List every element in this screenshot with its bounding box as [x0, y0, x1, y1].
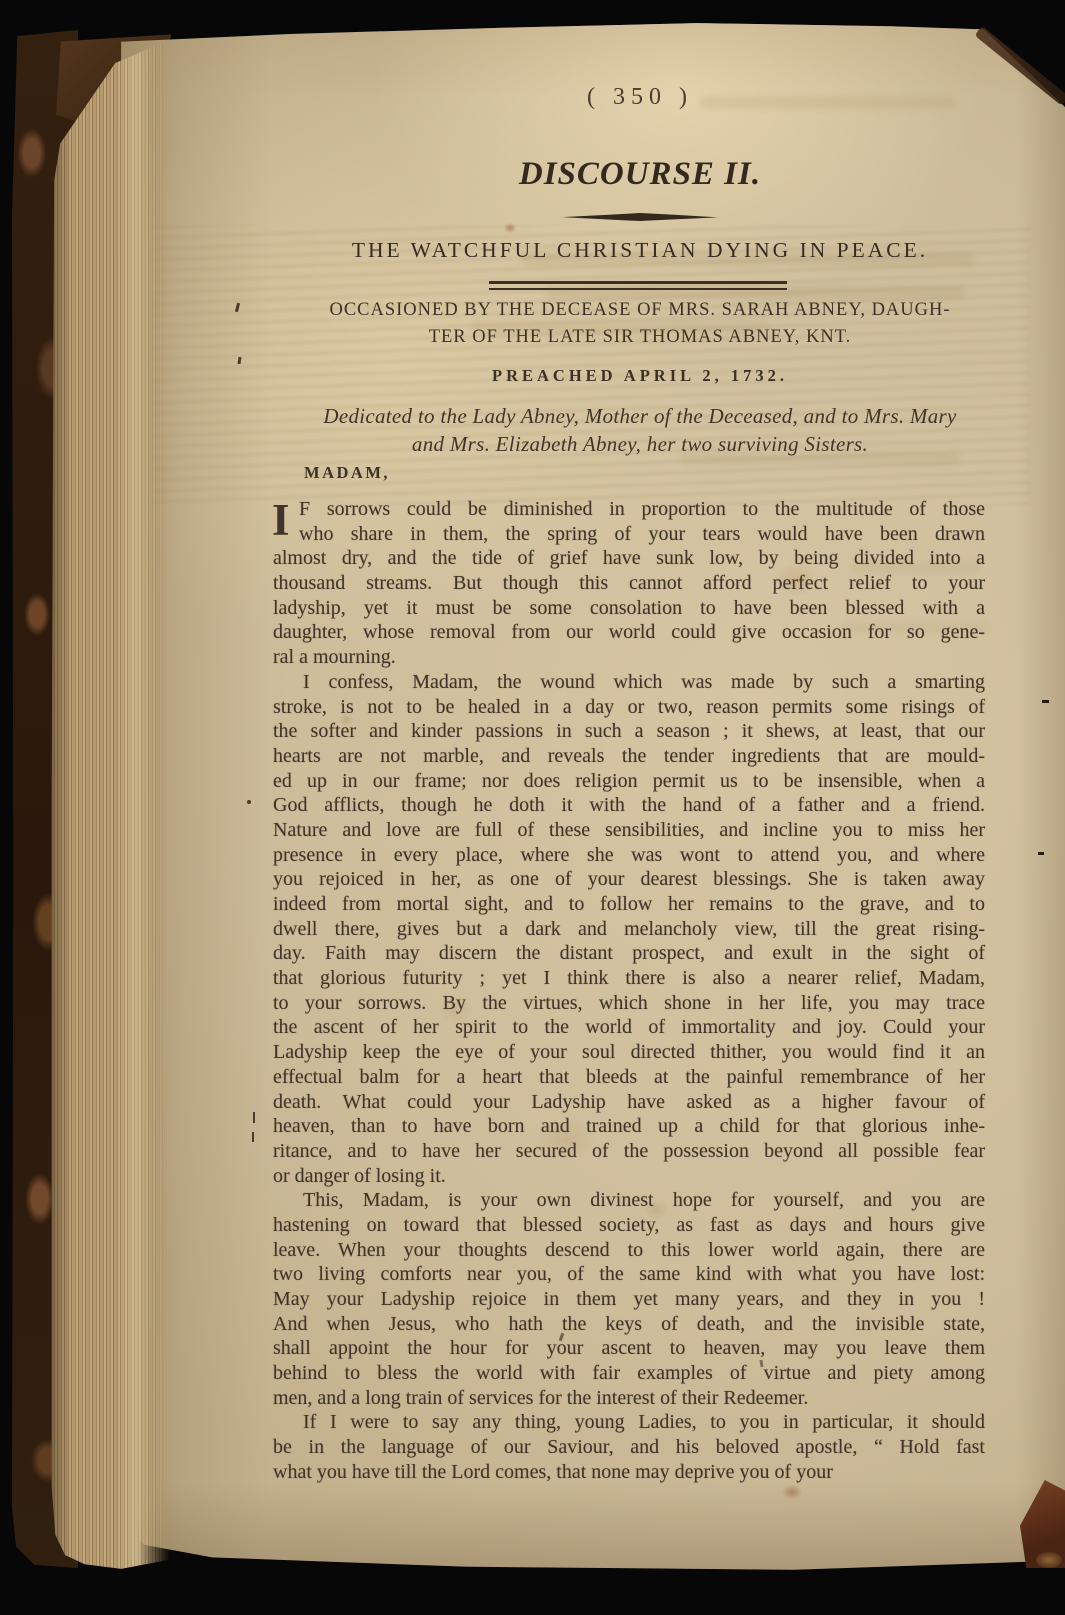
text-line: May your Ladyship rejoice in them yet ma…	[273, 1287, 985, 1312]
text-line: hearts are not marble, and reveals the t…	[273, 744, 985, 769]
text-line: ritance, and to have her secured of the …	[273, 1139, 985, 1164]
dedication-line-2: and Mrs. Elizabeth Abney, her two surviv…	[180, 432, 1065, 457]
text-line: And when Jesus, who hath the keys of dea…	[273, 1312, 985, 1337]
text-line: heaven, than to have born and trained up…	[273, 1114, 985, 1139]
text-line: the ascent of her spirit to the world of…	[273, 1015, 985, 1040]
paragraph: If I were to say any thing, young Ladies…	[273, 1410, 985, 1484]
text-line: you rejoiced in her, as one of your dear…	[273, 867, 985, 892]
ink-speck	[252, 1132, 254, 1142]
text-line: ladyship, yet it must be some consolatio…	[273, 596, 985, 621]
photo-edge-mark	[1038, 852, 1044, 855]
text-line: to your sorrows. By the virtues, which s…	[273, 991, 985, 1016]
text-line: effectual balm for a heart that bleeds a…	[273, 1065, 985, 1090]
occasion-line-1: OCCASIONED BY THE DECEASE OF MRS. SARAH …	[180, 300, 1065, 321]
salutation: MADAM,	[304, 463, 390, 483]
paragraph: This, Madam, is your own divinest hope f…	[273, 1188, 985, 1410]
text-line: who share in them, the spring of your te…	[273, 522, 985, 547]
sermon-title: THE WATCHFUL CHRISTIAN DYING IN PEACE.	[180, 238, 1065, 263]
text-line: daughter, whose removal from our world c…	[273, 620, 985, 645]
text-line: F sorrows could be diminished in proport…	[273, 497, 985, 522]
printed-page-content: ( 350 ) DISCOURSE II. THE WATCHFUL CHRIS…	[0, 0, 1065, 1615]
text-line: day. Faith may discern the distant prosp…	[273, 941, 985, 966]
text-line: stroke, is not to be healed in a day or …	[273, 695, 985, 720]
text-line: ed up in our frame; nor does religion pe…	[273, 769, 985, 794]
photo-edge-mark	[1042, 700, 1049, 703]
text-line: dwell there, gives but a dark and melanc…	[273, 917, 985, 942]
text-line: be in the language of our Saviour, and h…	[273, 1435, 985, 1460]
text-line: Nature and love are full of these sensib…	[273, 818, 985, 843]
page-number: ( 350 )	[180, 84, 1065, 111]
body-text: F sorrows could be diminished in proport…	[273, 497, 985, 1485]
text-line: I confess, Madam, the wound which was ma…	[273, 670, 985, 695]
swelled-rule-ornament	[562, 213, 718, 221]
text-line: indeed from mortal sight, and to follow …	[273, 892, 985, 917]
text-line: This, Madam, is your own divinest hope f…	[273, 1188, 985, 1213]
text-line: Ladyship keep the eye of your soul direc…	[273, 1040, 985, 1065]
text-line: ral a mourning.	[273, 645, 985, 670]
text-line: two living comforts near you, of the sam…	[273, 1262, 985, 1287]
discourse-heading: DISCOURSE II.	[180, 156, 1065, 193]
text-line: leave. When your thoughts descend to thi…	[273, 1238, 985, 1263]
double-rule-divider	[489, 281, 787, 290]
occasion-line-2: TER OF THE LATE SIR THOMAS ABNEY, KNT.	[180, 327, 1065, 348]
text-line: the softer and kinder passions in such a…	[273, 719, 985, 744]
paragraph: I confess, Madam, the wound which was ma…	[273, 670, 985, 1188]
text-line: presence in every place, where she was w…	[273, 843, 985, 868]
text-line: God afflicts, though he doth it with the…	[273, 793, 985, 818]
text-line: men, and a long train of services for th…	[273, 1386, 985, 1411]
text-line: almost dry, and the tide of grief have s…	[273, 546, 985, 571]
ink-speck	[247, 800, 251, 804]
paragraph: F sorrows could be diminished in proport…	[273, 497, 985, 670]
text-line: death. What could your Ladyship have ask…	[273, 1090, 985, 1115]
text-line: that glorious futurity ; yet I think the…	[273, 966, 985, 991]
text-line: or danger of losing it.	[273, 1164, 985, 1189]
text-line: what you have till the Lord comes, that …	[273, 1460, 985, 1485]
text-line: thousand streams. But though this cannot…	[273, 571, 985, 596]
text-line: behind to bless the world with fair exam…	[273, 1361, 985, 1386]
ink-speck	[253, 1112, 255, 1123]
dedication-line-1: Dedicated to the Lady Abney, Mother of t…	[180, 404, 1065, 429]
text-line: shall appoint the hour for your ascent t…	[273, 1336, 985, 1361]
text-line: hastening on toward that blessed society…	[273, 1213, 985, 1238]
preached-date: PREACHED APRIL 2, 1732.	[180, 366, 1065, 386]
text-line: If I were to say any thing, young Ladies…	[273, 1410, 985, 1435]
